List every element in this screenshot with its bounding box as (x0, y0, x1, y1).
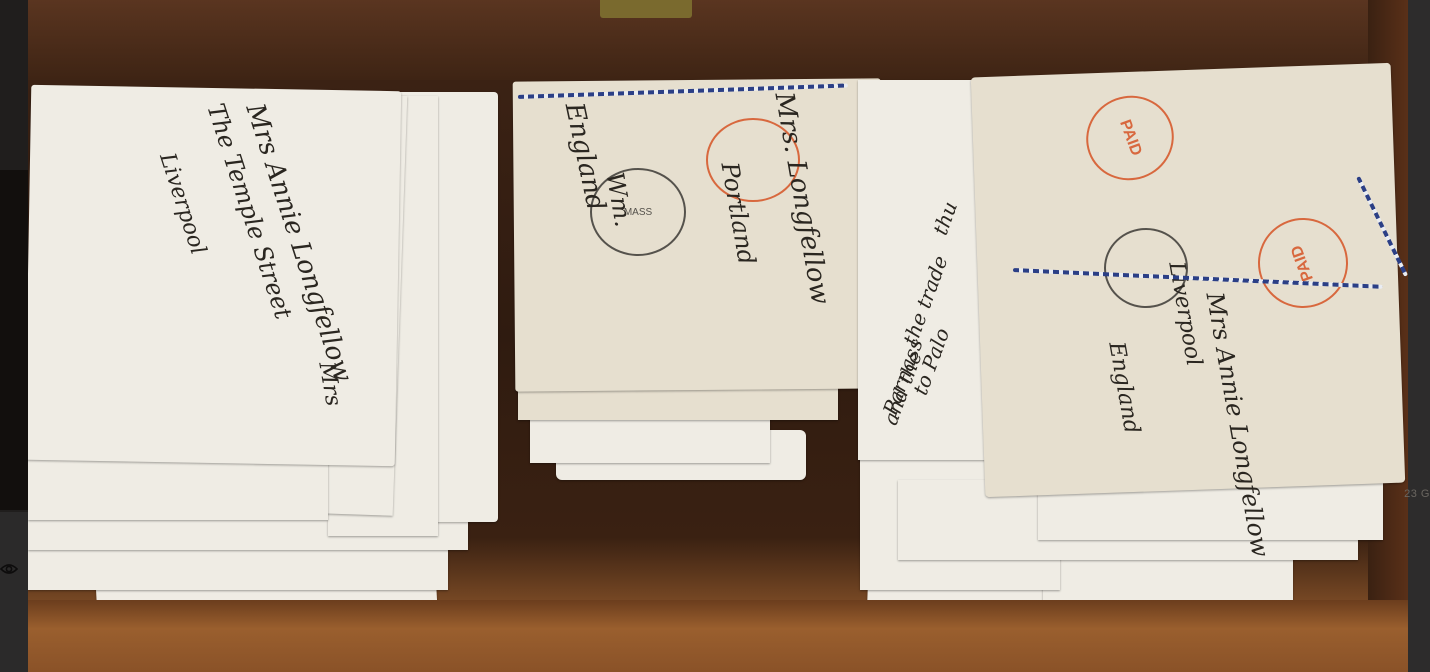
drawer-front (28, 600, 1408, 672)
drawer-latch (600, 0, 692, 18)
eye-icon[interactable] (0, 562, 18, 576)
viewer-right-panel: 23 G (1408, 0, 1430, 672)
caption-fragment: 23 G (1404, 488, 1430, 500)
viewer-left-panel (0, 0, 28, 672)
left-panel-shade (0, 170, 28, 510)
left-panel-band (0, 512, 28, 672)
letters-photo: Mrs Annie Longfellow The Temple Street L… (28, 0, 1408, 672)
drawer-back-wall (28, 0, 1408, 80)
